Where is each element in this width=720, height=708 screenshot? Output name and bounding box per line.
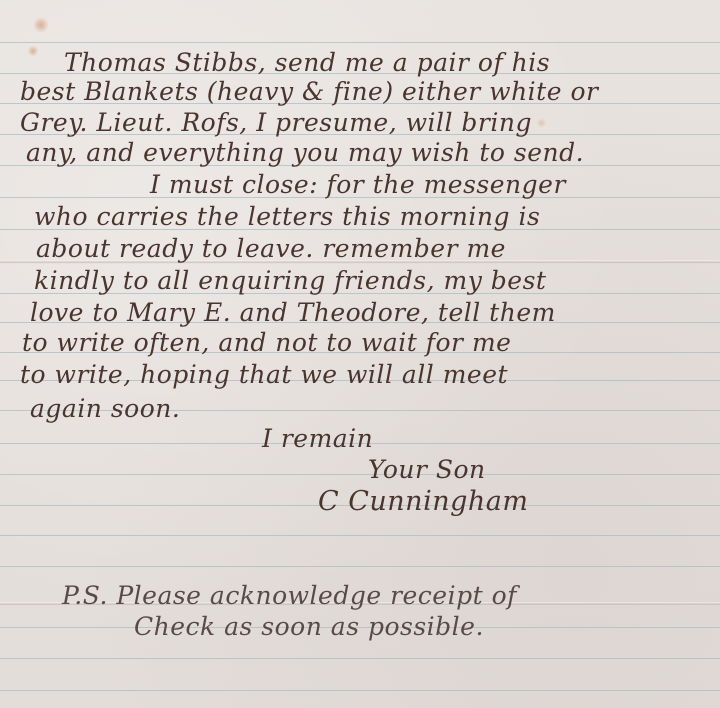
letter-line-3: Grey. Lieut. Rofs, I presume, will bring [20, 110, 532, 135]
closing-remain: I remain [262, 426, 373, 451]
postscript-line-2: Check as soon as possible. [134, 614, 484, 639]
stain [537, 118, 546, 128]
letter-line-11: to write, hoping that we will all meet [20, 362, 508, 387]
letter-line-10: to write often, and not to wait for me [22, 330, 511, 355]
letter-line-2: best Blankets (heavy & fine) either whit… [20, 79, 598, 104]
letter-line-8: kindly to all enquiring friends, my best [34, 268, 546, 293]
signature: C Cunningham [318, 488, 528, 515]
ruled-line [0, 474, 720, 475]
letter-line-5: I must close: for the messenger [150, 172, 566, 197]
letter-line-12: again soon. [30, 396, 180, 421]
stain [28, 45, 38, 57]
letter-line-9: love to Mary E. and Theodore, tell them [30, 300, 556, 325]
ruled-line [0, 42, 720, 43]
ruled-line [0, 535, 720, 536]
closing-your-son: Your Son [368, 457, 486, 482]
letter-page: Thomas Stibbs, send me a pair of his bes… [0, 0, 720, 708]
ruled-line [0, 566, 720, 567]
ruled-line [0, 690, 720, 691]
postscript-line-1: P.S. Please acknowledge receipt of [62, 583, 517, 608]
letter-line-1: Thomas Stibbs, send me a pair of his [64, 50, 550, 75]
letter-line-7: about ready to leave. remember me [36, 236, 506, 261]
letter-line-6: who carries the letters this morning is [34, 204, 540, 229]
letter-line-4: any, and everything you may wish to send… [26, 140, 584, 165]
ruled-line [0, 658, 720, 659]
stain [34, 16, 48, 34]
